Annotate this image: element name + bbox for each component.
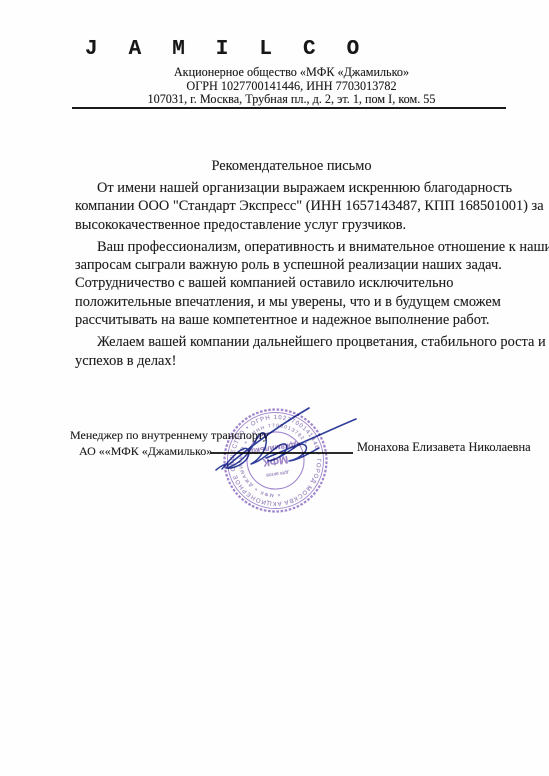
letter-body: От имени нашей организации выражаем искр… <box>75 179 515 374</box>
header-divider <box>72 107 506 109</box>
letterhead: Акционерное общество «МФК «Джамилько» ОГ… <box>75 66 508 107</box>
letter-title: Рекомендательное письмо <box>75 158 508 175</box>
signer-company: АО ««МФК «Джамилько» <box>79 444 212 459</box>
company-name: Акционерное общество «МФК «Джамилько» <box>75 66 508 80</box>
paragraph-cooperation: Ваш профессионализм, оперативность и вни… <box>75 238 515 329</box>
registration-numbers: ОГРН 1027700141446, ИНН 7703013782 <box>75 80 508 94</box>
scanned-letter-page: JAMILCO Акционерное общество «МФК «Джами… <box>0 0 549 776</box>
company-address: 107031, г. Москва, Трубная пл., д. 2, эт… <box>75 93 508 107</box>
paragraph-gratitude: От имени нашей организации выражаем искр… <box>75 179 515 234</box>
handwritten-signature <box>208 396 368 480</box>
paragraph-wishes: Желаем вашей компании дальнейшего процве… <box>75 333 515 370</box>
signature-scrawl <box>216 433 319 470</box>
signer-name: Монахова Елизавета Николаевна <box>357 440 531 455</box>
jamilco-logo: JAMILCO <box>85 38 390 61</box>
